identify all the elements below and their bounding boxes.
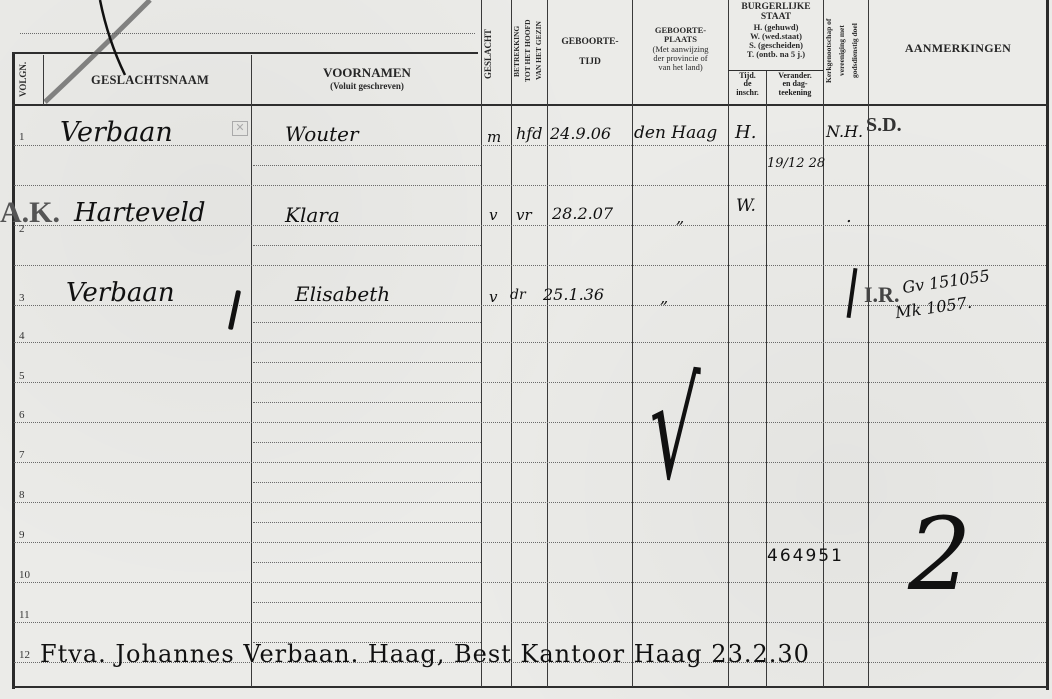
entry-3-birthplace: „	[660, 288, 668, 307]
entry-2-sex: v	[489, 206, 497, 224]
row-rule-5	[14, 382, 1046, 383]
bottom-note: Ftva. Johannes Verbaan. Haag, Best Kanto…	[40, 640, 810, 668]
col-sep-geslacht	[511, 0, 512, 687]
header-geboorteplaats: GEBOORTE- PLAATS (Met aanwijzing der pro…	[633, 26, 728, 73]
voornamen-subrule	[253, 482, 481, 483]
col-sep-betrekking	[547, 0, 548, 687]
row-number: 7	[19, 449, 25, 461]
row-number: 4	[19, 330, 25, 342]
entry-1-surname: Verbaan	[60, 117, 173, 148]
col-sep-geslachtsnaam	[251, 55, 252, 687]
row-rule-11	[14, 622, 1046, 623]
large-numeral: 2	[908, 505, 972, 605]
entry-2-surname: Harteveld	[74, 198, 205, 228]
voornamen-subrule	[253, 245, 481, 246]
row-number: 6	[19, 409, 25, 421]
voornamen-subrule	[253, 442, 481, 443]
pen-stroke-mark	[847, 268, 858, 318]
entry-2-birthdate: 28.2.07	[552, 204, 613, 223]
entry-1-firstname: Wouter	[285, 122, 359, 146]
row-number: 5	[19, 370, 25, 382]
row-number: 9	[19, 529, 25, 541]
row-number: 8	[19, 489, 25, 501]
row-number: 3	[19, 292, 25, 304]
entry-1-birthdate: 24.9.06	[550, 124, 611, 143]
entry-1-civil-status: H.	[735, 122, 756, 143]
row-rule-6	[14, 422, 1046, 423]
row-number: 11	[19, 609, 30, 621]
entry-2-firstname: Klara	[285, 203, 340, 227]
header-kerkgenootschap: Kerkgenootschap of vereeniging met godsd…	[825, 2, 867, 100]
header-verandering: Verander. en dag- teekening	[767, 72, 823, 97]
col-sep-geboortetijd	[632, 0, 633, 687]
entry-2-civil-status: W.	[736, 196, 756, 216]
row-rule-4	[14, 342, 1046, 343]
entry-1-change-date: 19/12 28	[767, 156, 825, 171]
entry-3-remark-line1: Gv 151055	[901, 266, 991, 297]
header-geboortetijd-2: TIJD	[548, 58, 632, 68]
header-tijd-inschr: Tijd. de inschr.	[729, 72, 766, 97]
header-aanmerkingen: AANMERKINGEN	[870, 42, 1046, 55]
voornamen-subrule	[253, 562, 481, 563]
row-number: 10	[19, 569, 30, 581]
row-number: 12	[19, 649, 30, 661]
entry-1-birthplace: den Haag	[634, 123, 717, 143]
voornamen-subrule	[253, 602, 481, 603]
register-card: VOLGN. GESLACHTSNAAM VOORNAMEN (Voluit g…	[0, 0, 1052, 699]
pen-stroke-mark	[228, 290, 241, 330]
bottom-border	[12, 686, 1048, 688]
voornamen-subrule	[253, 402, 481, 403]
row-rule-7	[14, 462, 1046, 463]
voornamen-subrule	[253, 362, 481, 363]
entry-1-relation: hfd	[516, 124, 542, 143]
voornamen-subrule	[253, 522, 481, 523]
entry-1-remark-stamp: S.D.	[866, 114, 902, 137]
row-rule-10	[14, 582, 1046, 583]
voornamen-subrule	[253, 322, 481, 323]
entry-2-religion: .	[846, 206, 852, 227]
col-sep-geboorteplaats	[728, 0, 729, 687]
entry-2-birthplace: „	[676, 208, 684, 227]
voornamen-subrule	[253, 165, 481, 166]
row-number: 1	[19, 131, 25, 143]
large-checkmark-icon: √	[647, 358, 701, 504]
crossed-box-icon: ✕	[232, 121, 248, 136]
entry-3-remark-line2: Mk 1057.	[894, 293, 973, 323]
col-sep-voornamen	[481, 0, 482, 687]
entry-3-birthdate: 25.1.36	[543, 285, 604, 304]
entry-3-relation: dr	[510, 287, 526, 303]
row-rule-2b	[14, 265, 1046, 266]
row-rule-8	[14, 502, 1046, 503]
col-sep-kerkgenootschap	[868, 0, 869, 687]
row-rule-1b	[14, 185, 1046, 186]
entry-3-sex: v	[489, 288, 497, 306]
entry-1-sex: m	[487, 128, 501, 146]
entry-1-religion: N.H.	[826, 122, 863, 141]
entry-2-prefix-stamp: A.K.	[0, 196, 60, 230]
entry-2-relation: vr	[516, 206, 532, 224]
header-burgerlijke-staat: BURGERLIJKE STAAT H. (gehuwd) W. (wed.st…	[729, 3, 823, 59]
diagonal-strike-marks	[0, 0, 300, 110]
col-sep-burgerlijke	[823, 0, 824, 687]
row-rule-9	[14, 542, 1046, 543]
entry-3-firstname: Elisabeth	[295, 282, 390, 306]
left-border	[12, 52, 15, 689]
header-betrekking: BETREKKING TOT HET HOOFD VAN HET GEZIN	[513, 2, 546, 100]
header-geboortetijd-1: GEBOORTE-	[548, 38, 632, 48]
header-geslacht: GESLACHT	[484, 8, 509, 100]
typed-number: 464951	[767, 546, 844, 566]
entry-3-surname: Verbaan	[66, 278, 175, 308]
